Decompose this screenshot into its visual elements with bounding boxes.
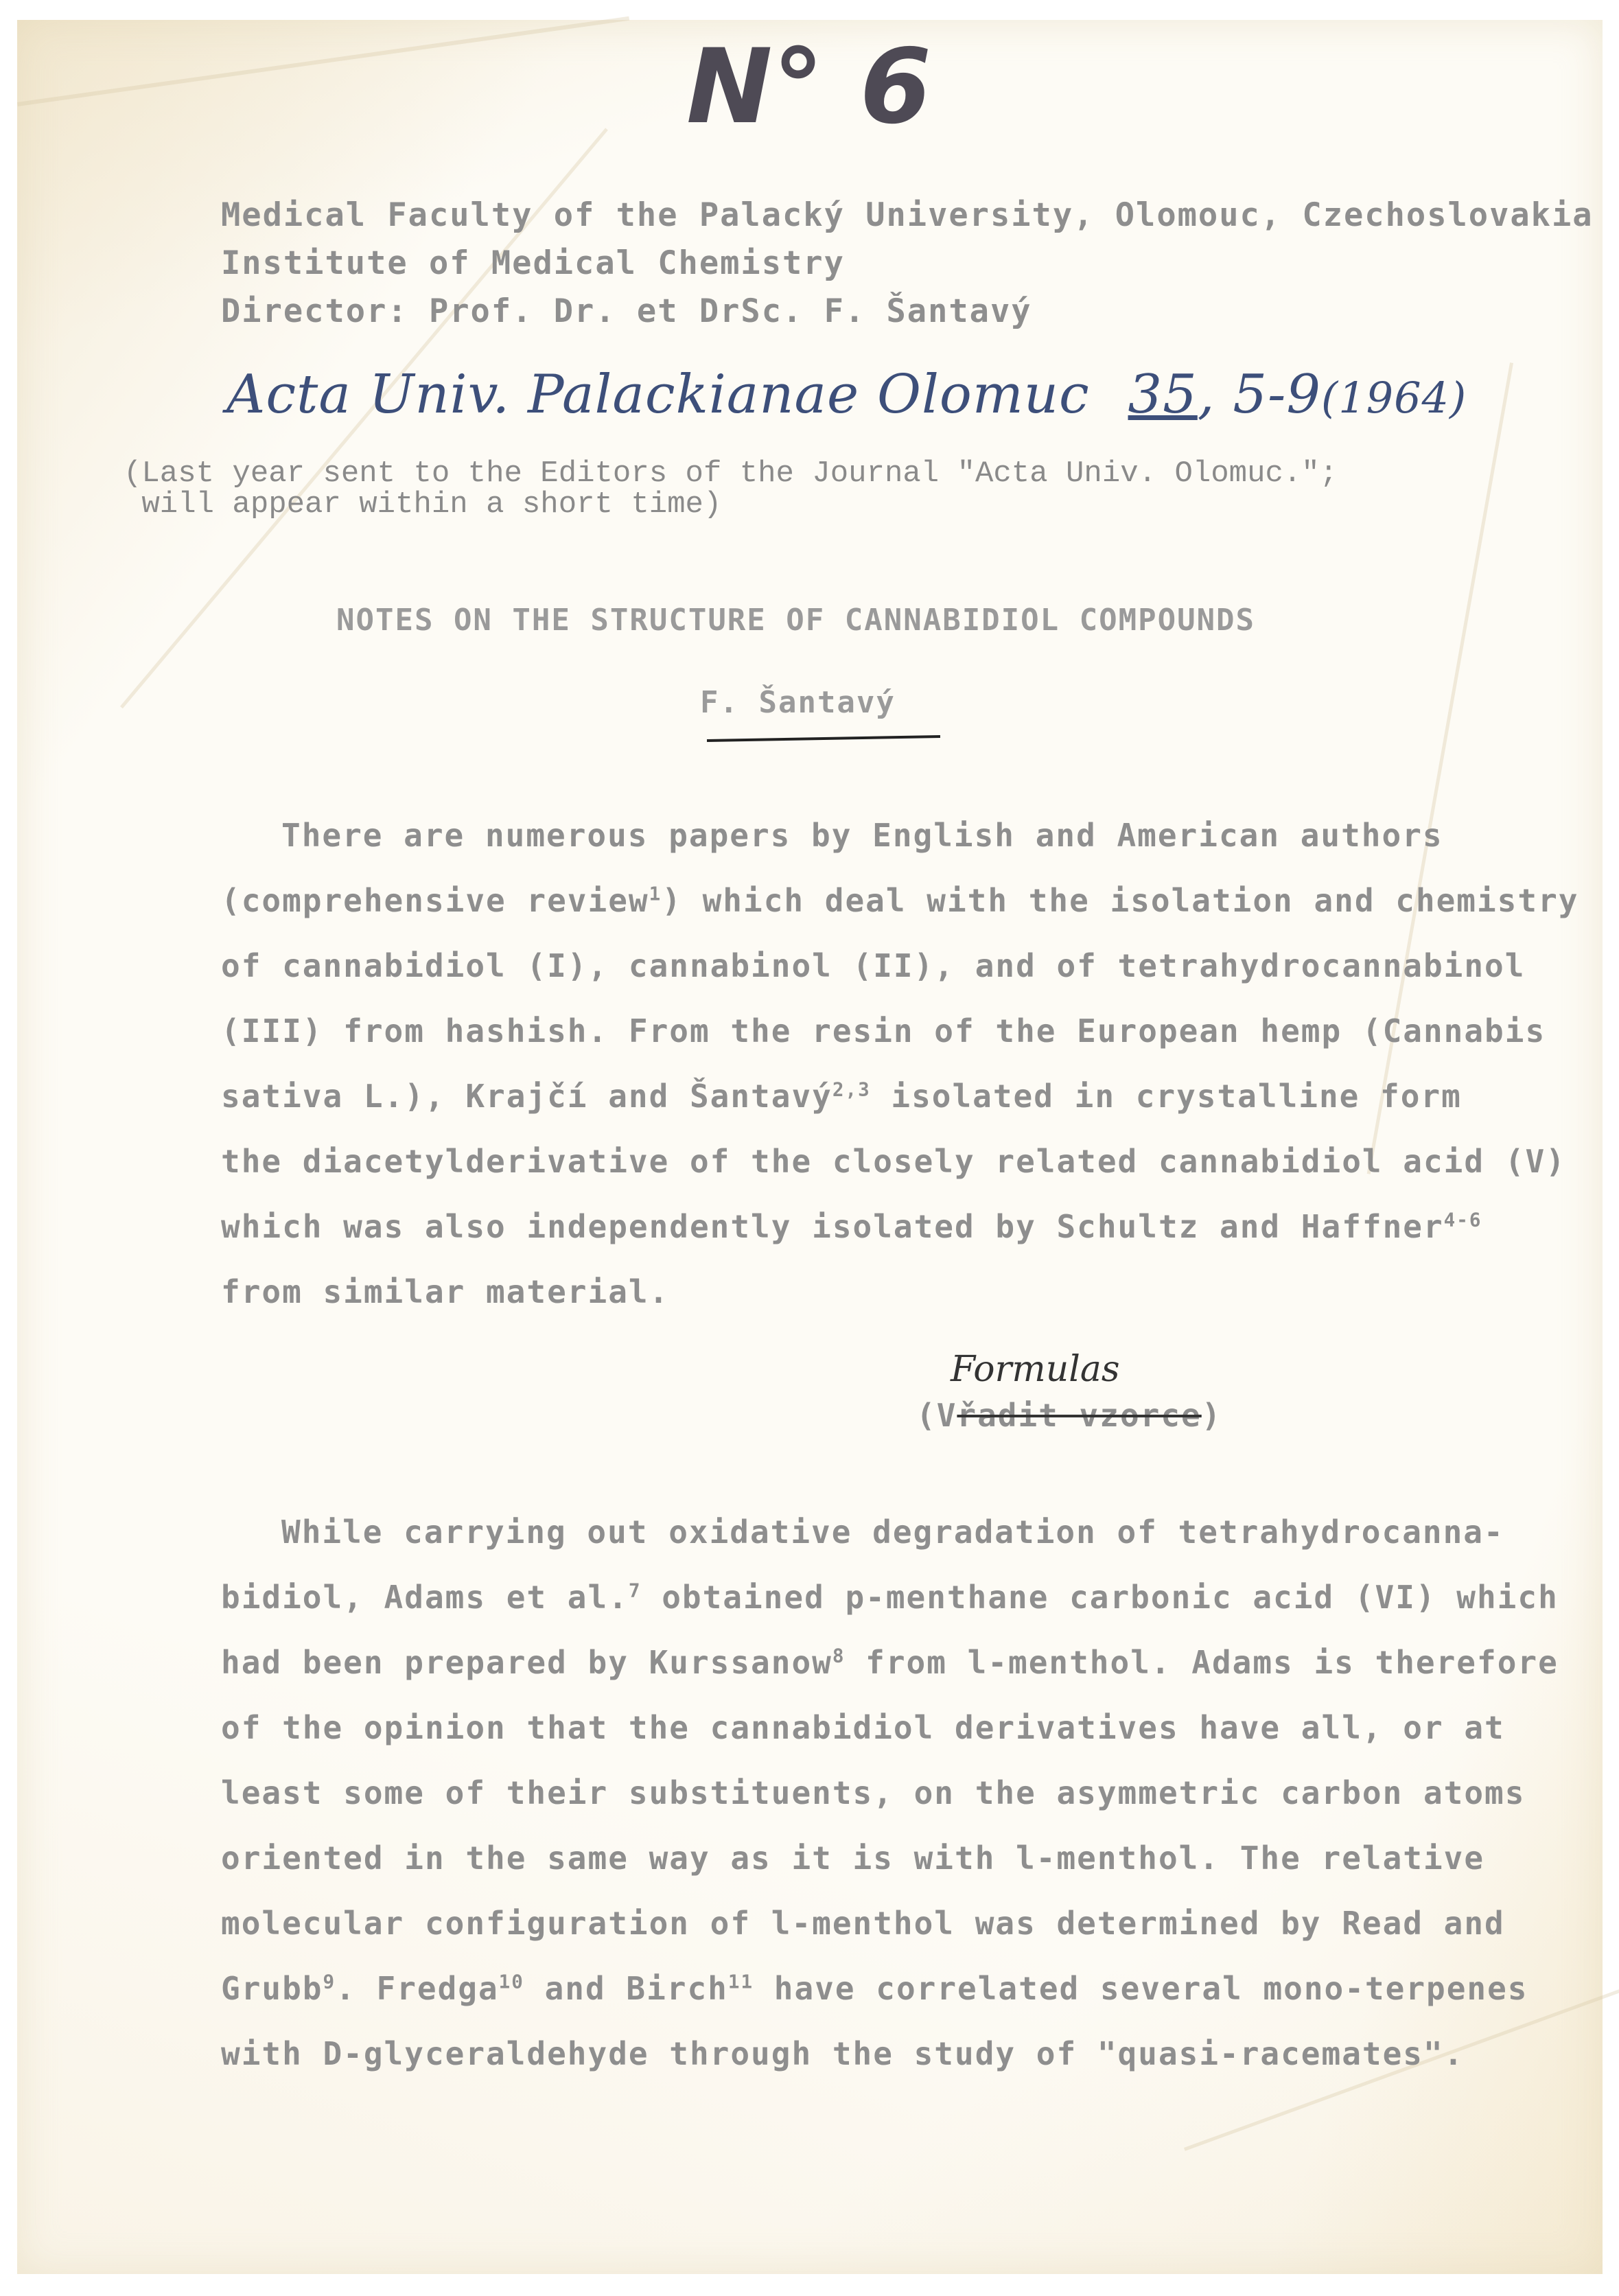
p1-line: from similar material.: [221, 1273, 669, 1310]
formula-placeholder-prefix: (V: [916, 1397, 957, 1434]
p1-line: There are numerous papers by English and…: [281, 817, 1443, 854]
p1-text: isolated in crystalline form: [871, 1078, 1462, 1115]
p1-line: of cannabidiol (I), cannabinol (II), and…: [221, 947, 1525, 984]
footnote-ref: 9: [323, 1971, 336, 1993]
paper-crease: [17, 16, 629, 106]
handwritten-document-number: N° 6: [686, 27, 931, 147]
p2-line: of the opinion that the cannabidiol deri…: [221, 1709, 1505, 1746]
p1-text: ) which deal with the isolation and chem…: [662, 882, 1579, 919]
handwritten-formulas-note: Formulas: [951, 1349, 1120, 1390]
note-line-1: (Last year sent to the Editors of the Jo…: [124, 456, 1338, 491]
header-director: Director: Prof. Dr. et DrSc. F. Šantavý: [221, 292, 1032, 330]
header-institute: Institute of Medical Chemistry: [221, 244, 845, 282]
p1-text: (comprehensive review: [221, 882, 649, 919]
footnote-ref: 11: [728, 1971, 754, 1993]
p2-line: least some of their substituents, on the…: [221, 1774, 1525, 1811]
formula-placeholder: (Vřadit vzorce): [916, 1397, 1222, 1434]
footnote-ref: 8: [832, 1645, 846, 1667]
footnote-ref: 7: [629, 1579, 642, 1602]
p2-text: and Birch: [524, 1970, 728, 2007]
citation-pages: , 5-9: [1198, 364, 1321, 426]
p2-text: Grubb: [221, 1970, 323, 2007]
p2-text: bidiol, Adams et al.: [221, 1579, 629, 1616]
note-line-2: will appear within a short time): [124, 487, 721, 522]
footnote-ref: 1: [649, 883, 662, 905]
paper-author: F. Šantavý: [700, 685, 896, 720]
citation-year: (1964): [1321, 373, 1467, 423]
formula-placeholder-suffix: ): [1202, 1397, 1222, 1434]
p2-text: have correlated several mono-terpenes: [754, 1970, 1528, 2007]
footnote-ref: 2,3: [832, 1078, 871, 1101]
p1-line: (III) from hashish. From the resin of th…: [221, 1012, 1546, 1050]
citation-volume: 35: [1128, 364, 1198, 426]
p1-text: sativa L.), Krajčí and Šantavý: [221, 1078, 832, 1115]
p2-line: had been prepared by Kurssanow8 from l-m…: [221, 1644, 1559, 1681]
p1-line: which was also independently isolated by…: [221, 1208, 1482, 1245]
footnote-ref: 10: [499, 1971, 524, 1993]
p2-line: Grubb9. Fredga10 and Birch11 have correl…: [221, 1970, 1528, 2007]
header-faculty: Medical Faculty of the Palacký Universit…: [221, 196, 1594, 234]
p1-line: (comprehensive review1) which deal with …: [221, 882, 1579, 919]
paper-title: NOTES ON THE STRUCTURE OF CANNABIDIOL CO…: [336, 603, 1255, 638]
p2-line: with D-glyceraldehyde through the study …: [221, 2035, 1464, 2072]
p2-text: had been prepared by Kurssanow: [221, 1644, 832, 1681]
citation-journal: Acta Univ. Palackianae Olomuc: [226, 364, 1090, 426]
p2-line: bidiol, Adams et al.7 obtained p-menthan…: [221, 1579, 1559, 1616]
handwritten-citation: Acta Univ. Palackianae Olomuc 35, 5-9(19…: [226, 364, 1467, 426]
p2-text: . Fredga: [336, 1970, 499, 2007]
p1-text: which was also independently isolated by…: [221, 1208, 1444, 1245]
paper-crease: [1367, 362, 1513, 1174]
p2-text: from l-menthol. Adams is therefore: [845, 1644, 1558, 1681]
formula-placeholder-struck: řadit vzorce: [957, 1397, 1201, 1434]
p1-line: sativa L.), Krajčí and Šantavý2,3 isolat…: [221, 1078, 1462, 1115]
p2-text: obtained p-menthane carbonic acid (VI) w…: [642, 1579, 1559, 1616]
p2-line: molecular configuration of l-menthol was…: [221, 1905, 1505, 1942]
p1-line: the diacetylderivative of the closely re…: [221, 1143, 1566, 1180]
footnote-ref: 4-6: [1444, 1209, 1482, 1231]
p2-line: oriented in the same way as it is with l…: [221, 1840, 1484, 1877]
p2-line: While carrying out oxidative degradation…: [281, 1514, 1504, 1551]
